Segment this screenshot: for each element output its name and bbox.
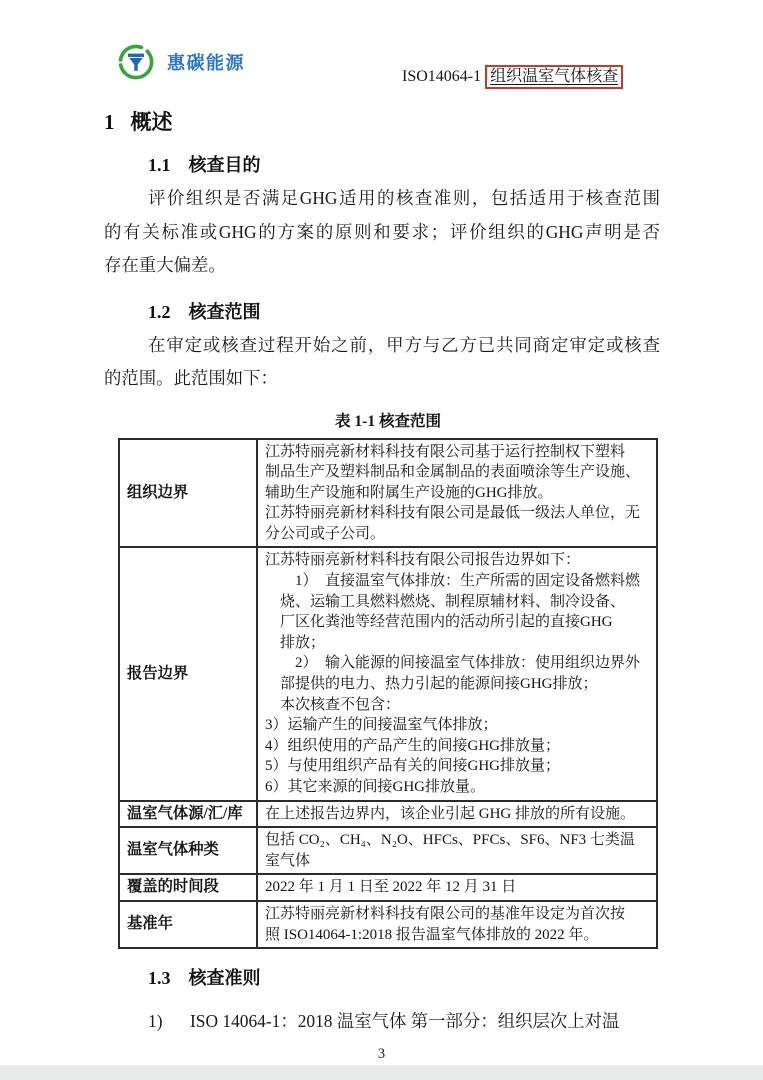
paragraph-scope: 在审定或核查过程开始之前，甲方与乙方已共同商定审定或核查 的范围。此范围如下： xyxy=(104,329,660,396)
row-label: 覆盖的时间段 xyxy=(119,874,257,901)
scope-table: 组织边界 江苏特丽亮新材料科技有限公司基于运行控制权下塑料 制品生产及塑料制品和… xyxy=(118,438,658,950)
row-label: 报告边界 xyxy=(119,547,257,800)
page-edge-shadow xyxy=(0,1065,763,1080)
heading-title: 核查目的 xyxy=(189,155,261,175)
row-label: 组织边界 xyxy=(119,439,257,548)
heading-title: 核查准则 xyxy=(189,968,261,988)
list-item-number: 1) xyxy=(148,1006,190,1037)
doc-ref-prefix: ISO14064-1 xyxy=(402,68,485,85)
heading-number: 1.2 xyxy=(148,302,171,322)
heading-number: 1.3 xyxy=(148,968,171,988)
table-row: 组织边界 江苏特丽亮新材料科技有限公司基于运行控制权下塑料 制品生产及塑料制品和… xyxy=(119,439,657,548)
table-row: 温室气体种类 包括 CO₂、CH₄、N₂O、HFCs、PFCs、SF6、NF3 … xyxy=(119,827,657,874)
row-content: 江苏特丽亮新材料科技有限公司基于运行控制权下塑料 制品生产及塑料制品和金属制品的… xyxy=(257,439,657,548)
doc-ref-boxed-annotation: 组织温室气体核查 xyxy=(485,65,623,89)
heading-number: 1 xyxy=(104,110,115,134)
row-content: 江苏特丽亮新材料科技有限公司的基准年设定为首次按 照 ISO14064-1:20… xyxy=(257,901,657,948)
row-content: 包括 CO₂、CH₄、N₂O、HFCs、PFCs、SF6、NF3 七类温 室气体 xyxy=(257,827,657,874)
table-row: 基准年 江苏特丽亮新材料科技有限公司的基准年设定为首次按 照 ISO14064-… xyxy=(119,901,657,948)
page-number: 3 xyxy=(0,1046,763,1063)
heading-1-3-criteria: 1.3核查准则 xyxy=(148,964,763,990)
paragraph-purpose: 评价组织是否满足GHG适用的核查准则，包括适用于核查范围 的有关标准或GHG的方… xyxy=(104,182,660,283)
paragraph-line: 在审定或核查过程开始之前，甲方与乙方已共同商定审定或核查 xyxy=(104,329,660,363)
doc-reference: ISO14064-1 组织温室气体核查 xyxy=(402,63,623,86)
page-header: 惠碳能源 ISO14064-1 组织温室气体核查 xyxy=(0,0,763,102)
heading-title: 核查范围 xyxy=(189,302,261,322)
brand-logo: 惠碳能源 xyxy=(116,42,245,82)
table-row: 覆盖的时间段 2022 年 1 月 1 日至 2022 年 12 月 31 日 xyxy=(119,874,657,901)
row-content: 江苏特丽亮新材料科技有限公司报告边界如下： 1） 直接温室气体排放：生产所需的固… xyxy=(257,547,657,800)
logo-icon xyxy=(116,42,156,82)
table-row: 报告边界 江苏特丽亮新材料科技有限公司报告边界如下： 1） 直接温室气体排放：生… xyxy=(119,547,657,800)
row-content: 2022 年 1 月 1 日至 2022 年 12 月 31 日 xyxy=(257,874,657,901)
paragraph-line: 的有关标准或GHG的方案的原则和要求；评价组织的GHG声明是否 xyxy=(104,216,660,250)
paragraph-line: 的范围。此范围如下： xyxy=(104,362,660,396)
brand-name: 惠碳能源 xyxy=(167,49,245,75)
heading-1-overview: 1概述 xyxy=(104,106,763,136)
heading-1-1-purpose: 1.1核查目的 xyxy=(148,151,763,177)
criteria-list-item: 1)ISO 14064-1：2018 温室气体 第一部分：组织层次上对温 xyxy=(148,1006,763,1037)
heading-title: 概述 xyxy=(131,110,173,134)
document-page: 惠碳能源 ISO14064-1 组织温室气体核查 1概述 1.1核查目的 评价组… xyxy=(0,0,763,1080)
row-label: 基准年 xyxy=(119,901,257,948)
paragraph-line: 评价组织是否满足GHG适用的核查准则，包括适用于核查范围 xyxy=(104,182,660,216)
heading-number: 1.1 xyxy=(148,155,171,175)
paragraph-line: 存在重大偏差。 xyxy=(104,249,660,283)
heading-1-2-scope: 1.2核查范围 xyxy=(148,298,763,324)
row-content: 在上述报告边界内，该企业引起 GHG 排放的所有设施。 xyxy=(257,801,657,828)
table-row: 温室气体源/汇/库 在上述报告边界内，该企业引起 GHG 排放的所有设施。 xyxy=(119,801,657,828)
row-label: 温室气体种类 xyxy=(119,827,257,874)
row-label: 温室气体源/汇/库 xyxy=(119,801,257,828)
table-caption: 表 1-1 核查范围 xyxy=(118,409,658,431)
list-item-text: ISO 14064-1：2018 温室气体 第一部分：组织层次上对温 xyxy=(190,1011,619,1031)
